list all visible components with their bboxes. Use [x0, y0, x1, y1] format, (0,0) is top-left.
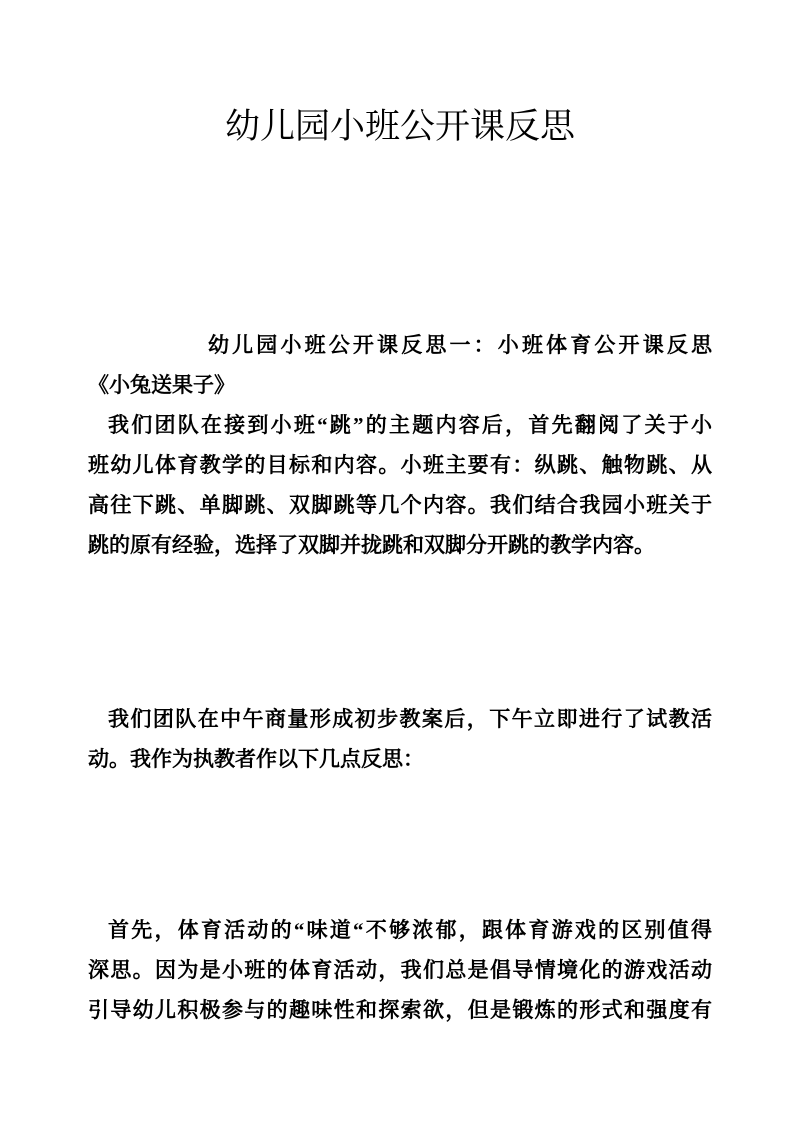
paragraph-jump-theme: 我们团队在接到小班“跳”的主题内容后，首先翻阅了关于小 班幼儿体育教学的目标和内… — [88, 405, 712, 565]
text-line: 跳的原有经验，选择了双脚并拢跳和双脚分开跳的教学内容。 — [88, 525, 712, 565]
text-line: 幼儿园小班公开课反思一：小班体育公开课反思 — [88, 325, 712, 365]
text-line: 班幼儿体育教学的目标和内容。小班主要有：纵跳、触物跳、从 — [88, 445, 712, 485]
text-line: 高往下跳、单脚跳、双脚跳等几个内容。我们结合我园小班关于 — [88, 485, 712, 525]
text-line: 深思。因为是小班的体育活动，我们总是倡导情境化的游戏活动 — [88, 950, 712, 990]
paragraph-trial-teaching: 我们团队在中午商量形成初步教案后，下午立即进行了试教活 动。我作为执教者作以下几… — [88, 699, 712, 779]
text-line: 首先，体育活动的“味道“不够浓郁，跟体育游戏的区别值得 — [88, 910, 712, 950]
paragraph-subtitle: 幼儿园小班公开课反思一：小班体育公开课反思 《小兔送果子》 — [88, 325, 712, 405]
text-line: 我们团队在中午商量形成初步教案后，下午立即进行了试教活 — [88, 699, 712, 739]
document-page: 幼儿园小班公开课反思 幼儿园小班公开课反思一：小班体育公开课反思 《小兔送果子》… — [0, 0, 794, 1123]
text-line: 引导幼儿积极参与的趣味性和探索欲，但是锻炼的形式和强度有 — [88, 990, 712, 1030]
document-title: 幼儿园小班公开课反思 — [88, 105, 712, 149]
text-line: 动。我作为执教者作以下几点反思： — [88, 739, 712, 779]
paragraph-reflection-first: 首先，体育活动的“味道“不够浓郁，跟体育游戏的区别值得 深思。因为是小班的体育活… — [88, 910, 712, 1030]
text-line: 我们团队在接到小班“跳”的主题内容后，首先翻阅了关于小 — [88, 405, 712, 445]
text-line: 《小兔送果子》 — [88, 365, 712, 405]
